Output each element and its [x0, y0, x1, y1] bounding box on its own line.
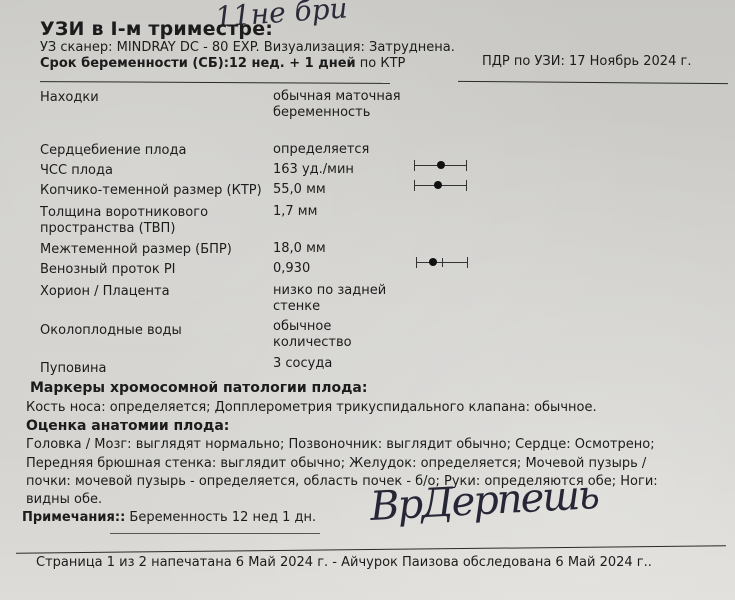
divider: [40, 81, 390, 84]
finding-label: Пуповина: [40, 361, 107, 376]
finding-value: 1,7 мм: [273, 204, 403, 220]
scanner-info: УЗ сканер: MINDRAY DC - 80 EXP. Визуализ…: [40, 40, 455, 55]
underline: [110, 533, 320, 534]
finding-value: 0,930: [273, 261, 403, 277]
finding-label: Копчико-теменной размер (КТР): [40, 183, 262, 198]
finding-value: обычная маточная беременность: [273, 89, 403, 121]
ultrasound-report-page: 11не бри УЗИ в I-м триместре: УЗ сканер:…: [0, 0, 735, 600]
finding-value: низко по задней стенке: [273, 283, 403, 315]
markers-text: Кость носа: определяется; Допплерометрия…: [26, 400, 597, 415]
gestational-age-value: Срок беременности (СБ):12 нед. + 1 дней: [40, 56, 356, 71]
finding-label: Толщина воротникового пространства (ТВП): [40, 205, 240, 237]
finding-label: Хорион / Плацента: [40, 284, 170, 299]
finding-value: 163 уд./мин: [273, 162, 403, 178]
finding-value: обычное количество: [273, 319, 403, 351]
notes: Примечания:: Беременность 12 нед 1 дн.: [22, 510, 316, 525]
finding-value: 18,0 мм: [273, 241, 403, 257]
finding-label: Находки: [40, 90, 99, 105]
markers-heading: Маркеры хромосомной патологии плода:: [30, 380, 367, 396]
notes-text: Беременность 12 нед 1 дн.: [125, 510, 316, 525]
anatomy-line: Головка / Мозг: выглядят нормально; Позв…: [26, 437, 655, 452]
footer-text: Страница 1 из 2 напечатана 6 Май 2024 г.…: [36, 555, 652, 570]
anatomy-line: видны обе.: [26, 492, 102, 507]
gestational-age-method: по КТР: [356, 56, 406, 71]
percentile-range-bar: [414, 160, 467, 171]
percentile-range-bar: [414, 180, 467, 191]
finding-value: 55,0 мм: [273, 182, 403, 198]
divider: [458, 81, 728, 84]
anatomy-heading: Оценка анатомии плода:: [26, 418, 229, 434]
finding-label: Межтеменной размер (БПР): [40, 242, 232, 257]
gestational-age: Срок беременности (СБ):12 нед. + 1 дней …: [40, 56, 405, 71]
finding-label: Околоплодные воды: [40, 323, 182, 338]
anatomy-line: Передняя брюшная стенка: выглядит обычно…: [26, 456, 646, 471]
estimated-due-date: ПДР по УЗИ: 17 Ноябрь 2024 г.: [482, 54, 691, 69]
footer-divider: [16, 545, 726, 553]
report-title: УЗИ в I-м триместре:: [40, 18, 273, 40]
finding-label: Сердцебиение плода: [40, 143, 186, 158]
finding-label: ЧСС плода: [40, 163, 113, 178]
notes-label: Примечания::: [22, 510, 125, 525]
finding-value: 3 сосуда: [273, 356, 403, 372]
finding-value: определяется: [273, 142, 403, 158]
finding-label: Венозный проток PI: [40, 262, 176, 277]
percentile-range-bar: [416, 257, 468, 268]
